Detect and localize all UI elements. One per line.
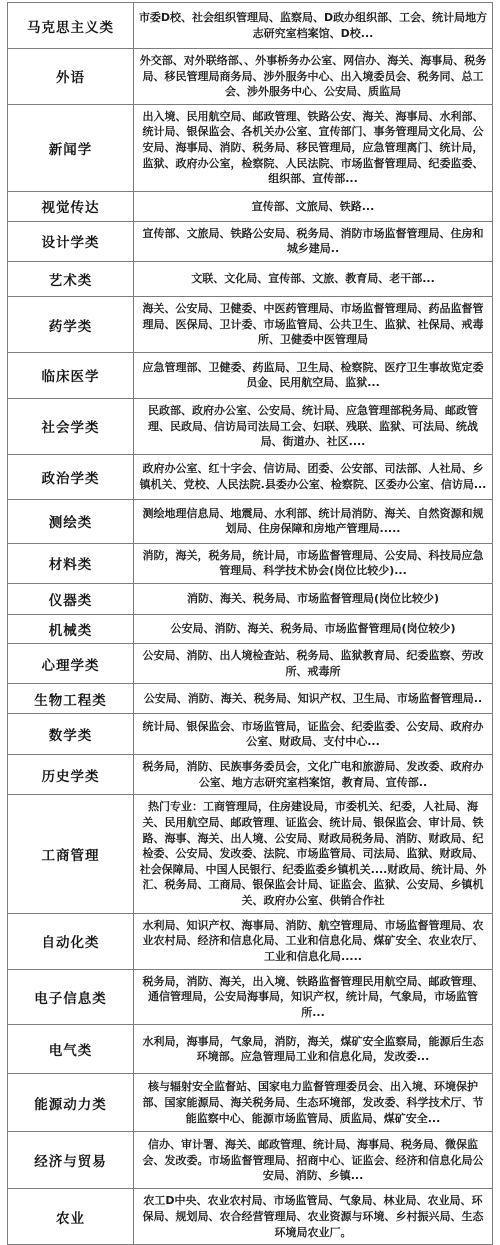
departments-cell: 宣传部、文旅局、铁路公安局、税务局、消防市场监督管理局、住房和城乡建局.. [134,222,492,261]
departments-cell: 宣传部、文旅局、铁路... [134,192,492,221]
majors-departments-table: 马克思主义类市委D校、社会组织管理局、监察局、D政办组织部、工会、统计局地方志研… [7,2,493,1245]
departments-cell: 市委D校、社会组织管理局、监察局、D政办组织部、工会、统计局地方志研究室档案馆、… [134,3,492,48]
major-category-cell: 艺术类 [8,262,134,296]
major-category-cell: 电子信息类 [8,970,134,1025]
major-category-cell: 历史学类 [8,755,134,794]
major-category-cell: 外语 [8,49,134,104]
major-category-cell: 新闻学 [8,105,134,191]
table-row: 农业农工D中央、农业农村局、市场监管局、气象局、林业局、农业局、环保局、规划局、… [8,1189,492,1245]
table-row: 数学类统计局、银保监会、市场监管局，证监会、纪委监委、公安局、政府办公室、财政局… [8,714,492,755]
major-category-cell: 经济与贸易 [8,1132,134,1188]
table-row: 经济与贸易信办、审计署、海关、邮政管理、统计局、海事局、税务局、微保监会、发改委… [8,1132,492,1189]
major-category-cell: 仪器类 [8,584,134,614]
departments-cell: 政府办公室、红十字会、信访局、团委、公安部、司法部、人社局、乡镇机关、党校、人民… [134,455,492,499]
departments-cell: 税务局，消防、海关，出入境、铁路监督管理民用航空局、邮政管理、通信管理局，公安局… [134,970,492,1025]
major-category-cell: 药学类 [8,297,134,352]
major-category-cell: 心理学类 [8,644,134,683]
table-row: 仪器类消防、海关、税务局、市场监督管理局(岗位比较少) [8,584,492,615]
departments-cell: 统计局、银保监会、市场监管局，证监会、纪委监委、公安局、政府办公室、财政局、支付… [134,714,492,754]
major-category-cell: 材料类 [8,544,134,583]
table-row: 电子信息类税务局，消防、海关，出入境、铁路监督管理民用航空局、邮政管理、通信管理… [8,970,492,1026]
departments-cell: 海关、公安局、卫健委、中医药管理局、市场监督管理局、药品监督管理局、医保局、卫计… [134,297,492,352]
table-row: 材料类消防，海关，税务局，统计局，市场监督管理局、公安局、科技局应急管理局、科学… [8,544,492,584]
table-row: 生物工程类公安局、消防、海关、税务局、知识产权、卫生局、市场监督管理局.. [8,684,492,714]
major-category-cell: 电气类 [8,1025,134,1073]
major-category-cell: 马克思主义类 [8,3,134,48]
table-row: 心理学类公安局、消防、出人境检查站、税务局、监狱教育局、纪委监察、劳改所、戒毒所 [8,644,492,684]
table-row: 电气类水利局，海事局，气象局，消防，海关，煤矿安全监察局，能源后生态环境部。应急… [8,1025,492,1074]
departments-cell: 水利局、知识产权、海事局、消防、航空管理局、市场监督管理局、农业农村局、经济和信… [134,914,492,969]
departments-cell: 农工D中央、农业农村局、市场监管局、气象局、林业局、农业局、环保局、规划局、农合… [134,1189,492,1244]
table-row: 机械类公安局、消防、海关、税务局、市场监督管理局(岗位较少) [8,615,492,644]
table-row: 视觉传达宣传部、文旅局、铁路... [8,192,492,222]
table-row: 自动化类水利局、知识产权、海事局、消防、航空管理局、市场监督管理局、农业农村局、… [8,914,492,970]
major-category-cell: 设计学类 [8,222,134,261]
table-row: 外语外交部、对外联络部、、外事桥务办公室、网信办、海关、海事局、税务局、移民管理… [8,49,492,105]
departments-cell: 信办、审计署、海关、邮政管理、统计局、海事局、税务局、微保监会、发改委。市场监督… [134,1132,492,1188]
table-row: 社会学类民政部、政府办公室、公安局、统计局、应急管理部税务局、邮政管理、民政局、… [8,399,492,455]
departments-cell: 水利局，海事局，气象局，消防，海关，煤矿安全监察局，能源后生态环境部。应急管理局… [134,1025,492,1073]
departments-cell: 税务局，消防、民族事务委员会，文化广电和旅游局、发改委、政府办公室、地方志研究室… [134,755,492,794]
table-row: 历史学类税务局，消防、民族事务委员会，文化广电和旅游局、发改委、政府办公室、地方… [8,755,492,795]
major-category-cell: 社会学类 [8,399,134,454]
departments-cell: 热门专业：工商管理局，住房建设局，市委机关、纪委，人社局、海关、民用航空局、邮政… [134,795,492,912]
departments-cell: 民政部、政府办公室、公安局、统计局、应急管理部税务局、邮政管理、民政局、信访局司… [134,399,492,454]
table-row: 政治学类政府办公室、红十字会、信访局、团委、公安部、司法部、人社局、乡镇机关、党… [8,455,492,500]
departments-cell: 应急管理部、卫健委、药监局、卫生局、检察院、医疗卫生事故览定委员金、民用航空局、… [134,353,492,398]
table-row: 临床医学应急管理部、卫健委、药监局、卫生局、检察院、医疗卫生事故览定委员金、民用… [8,353,492,399]
major-category-cell: 数学类 [8,714,134,754]
table-row: 新闻学出入境、民用航空局、邮政管理、铁路公安、海关、海事局、水利部、统计局、银保… [8,105,492,192]
major-category-cell: 测绘类 [8,500,134,543]
departments-cell: 文联、文化局、宣传部、文旅、教育局、老干部... [134,262,492,296]
departments-cell: 消防，海关，税务局，统计局，市场监督管理局、公安局、科技局应急管理局、科学技术协… [134,544,492,583]
departments-cell: 出入境、民用航空局、邮政管理、铁路公安、海关、海事局、水利部、统计局、银保监会、… [134,105,492,191]
major-category-cell: 机械类 [8,615,134,643]
departments-cell: 外交部、对外联络部、、外事桥务办公室、网信办、海关、海事局、税务局、移民管理局商… [134,49,492,104]
major-category-cell: 临床医学 [8,353,134,398]
table-row: 药学类海关、公安局、卫健委、中医药管理局、市场监督管理局、药品监督管理局、医保局… [8,297,492,353]
departments-cell: 核与辐射安全监督站、国家电力监督管理委员会、出入境、环境保护部、国家能源局、海关… [134,1074,492,1131]
departments-cell: 公安局、消防、出人境检查站、税务局、监狱教育局、纪委监察、劳改所、戒毒所 [134,644,492,683]
major-category-cell: 生物工程类 [8,684,134,713]
table-row: 能源动力类核与辐射安全监督站、国家电力监督管理委员会、出入境、环境保护部、国家能… [8,1074,492,1132]
table-row: 工商管理热门专业：工商管理局，住房建设局，市委机关、纪委，人社局、海关、民用航空… [8,795,492,913]
major-category-cell: 视觉传达 [8,192,134,221]
departments-cell: 公安局、消防、海关、税务局、知识产权、卫生局、市场监督管理局.. [134,684,492,713]
major-category-cell: 政治学类 [8,455,134,499]
table-row: 艺术类文联、文化局、宣传部、文旅、教育局、老干部... [8,262,492,297]
major-category-cell: 自动化类 [8,914,134,969]
table-row: 马克思主义类市委D校、社会组织管理局、监察局、D政办组织部、工会、统计局地方志研… [8,3,492,49]
departments-cell: 测绘地理信息局、地震局、水利部、统计局消防、海关、自然资源和规划局、住房保障和房… [134,500,492,543]
departments-cell: 公安局、消防、海关、税务局、市场监督管理局(岗位较少) [134,615,492,643]
major-category-cell: 工商管理 [8,795,134,912]
major-category-cell: 能源动力类 [8,1074,134,1131]
major-category-cell: 农业 [8,1189,134,1244]
departments-cell: 消防、海关、税务局、市场监督管理局(岗位比较少) [134,584,492,614]
table-row: 测绘类测绘地理信息局、地震局、水利部、统计局消防、海关、自然资源和规划局、住房保… [8,500,492,544]
table-row: 设计学类宣传部、文旅局、铁路公安局、税务局、消防市场监督管理局、住房和城乡建局.… [8,222,492,262]
